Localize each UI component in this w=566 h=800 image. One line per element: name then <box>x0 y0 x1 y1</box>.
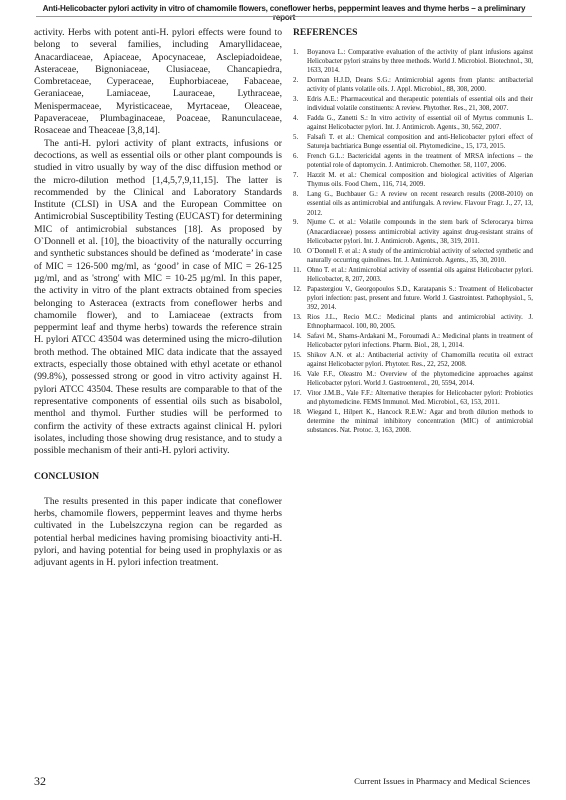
reference-item: 3.Edris A.E.: Pharmaceutical and therape… <box>293 95 533 113</box>
reference-item: 12.Papastergiou V., Georgopoulos S.D., K… <box>293 285 533 313</box>
reference-item: 15.Shikov A.N. et al.: Antibacterial act… <box>293 351 533 369</box>
left-column: activity. Herbs with potent anti-H. pylo… <box>34 27 282 569</box>
reference-item: 11.Ohno T. et al.: Antimicrobial activit… <box>293 266 533 284</box>
reference-item: 1.Boyanova L.: Comparative evaluation of… <box>293 48 533 76</box>
references-column: REFERENCES 1.Boyanova L.: Comparative ev… <box>293 27 533 436</box>
reference-item: 2.Dorman H.J.D, Deans S.G.: Antimicrobia… <box>293 76 533 94</box>
reference-item: 8.Lang G., Buchbauer G.: A review on rec… <box>293 190 533 218</box>
conclusion-paragraph: The results presented in this paper indi… <box>34 496 282 570</box>
reference-item: 6.French G.L.: Bactericidal agents in th… <box>293 152 533 170</box>
reference-item: 5.Falsafi T. et al.: Chemical compositio… <box>293 133 533 151</box>
body-paragraph-2: The anti-H. pylori activity of plant ext… <box>34 138 282 458</box>
conclusion-heading: CONCLUSION <box>34 471 282 483</box>
reference-item: 7.Hazzit M. et al.: Chemical composition… <box>293 171 533 189</box>
reference-list: 1.Boyanova L.: Comparative evaluation of… <box>293 48 533 435</box>
reference-item: 10.O`Donnell F. et al.: A study of the a… <box>293 247 533 265</box>
reference-item: 17.Vitor J.M.B., Vale F.F.: Alternative … <box>293 389 533 407</box>
reference-item: 4.Fadda G., Zanetti S.: In vitro activit… <box>293 114 533 132</box>
journal-name: Current Issues in Pharmacy and Medical S… <box>354 776 530 786</box>
reference-item: 18.Wiegand I., Hilpert K., Hancock R.E.W… <box>293 408 533 436</box>
running-title: Anti-Helicobacter pylori activity in vit… <box>36 4 532 22</box>
reference-item: 9.Njume C. et al.: Volatile compounds in… <box>293 218 533 246</box>
reference-item: 14.Safavi M., Shams-Ardakani M., Forouma… <box>293 332 533 350</box>
reference-item: 16.Vale F.F., Oleastro M.: Overview of t… <box>293 370 533 388</box>
body-paragraph-1: activity. Herbs with potent anti-H. pylo… <box>34 27 282 138</box>
reference-item: 13.Rios J.L., Recio M.C.: Medicinal plan… <box>293 313 533 331</box>
header-rule <box>36 16 532 17</box>
references-heading: REFERENCES <box>293 27 533 38</box>
page-number: 32 <box>34 774 46 789</box>
